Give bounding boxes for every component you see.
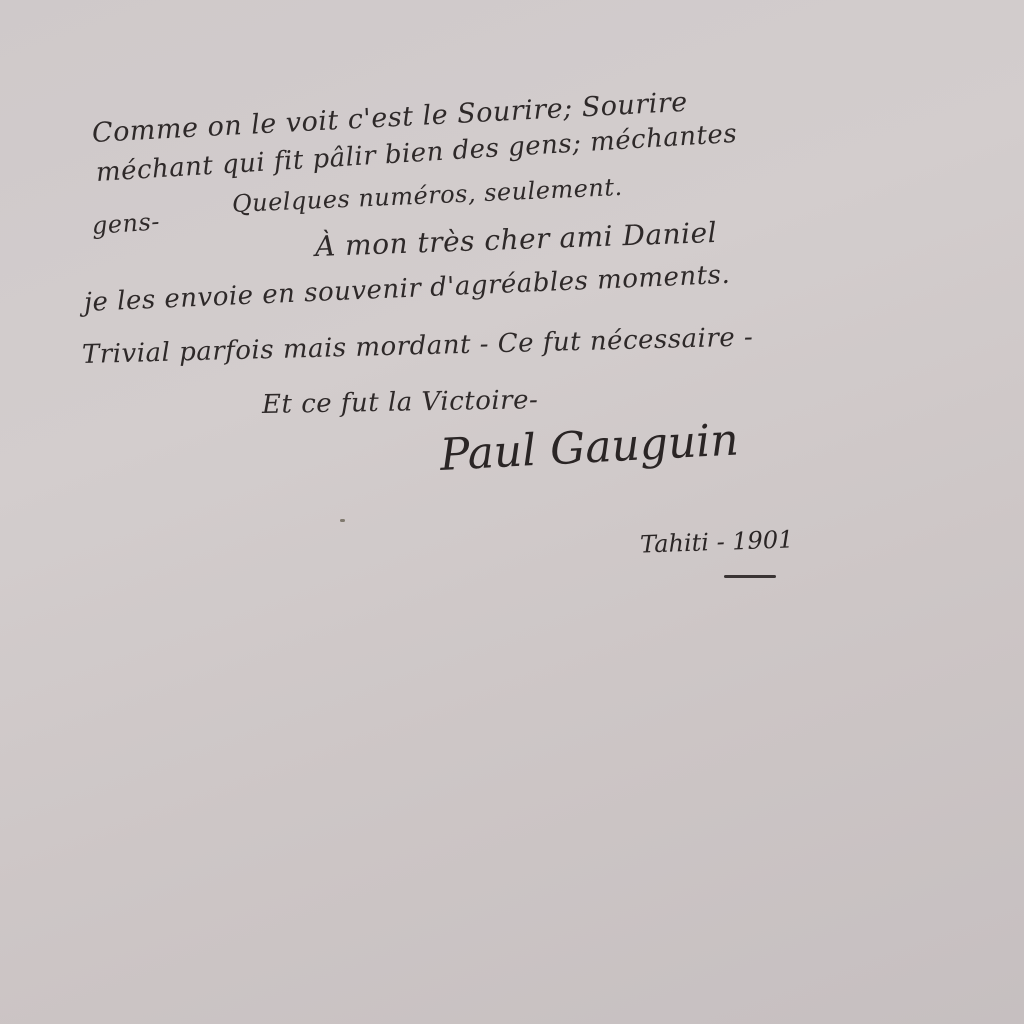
text-line-6: je les envoie en souvenir d'agréables mo… (83, 260, 730, 318)
text-line-4: Quelques numéros, seulement. (231, 173, 623, 218)
underline-stroke (724, 575, 776, 578)
text-line-3: gens- (91, 207, 161, 240)
text-line-8: Et ce fut la Victoire- (262, 385, 539, 420)
signature: Paul Gauguin (439, 414, 740, 481)
dedication-line: À mon très cher ami Daniel (314, 216, 717, 263)
paper-speck (340, 519, 345, 522)
place-date: Tahiti - 1901 (640, 525, 794, 558)
manuscript-page: Comme on le voit c'est le Sourire; Souri… (0, 0, 1024, 1024)
text-line-7: Trivial parfois mais mordant - Ce fut né… (82, 322, 754, 370)
